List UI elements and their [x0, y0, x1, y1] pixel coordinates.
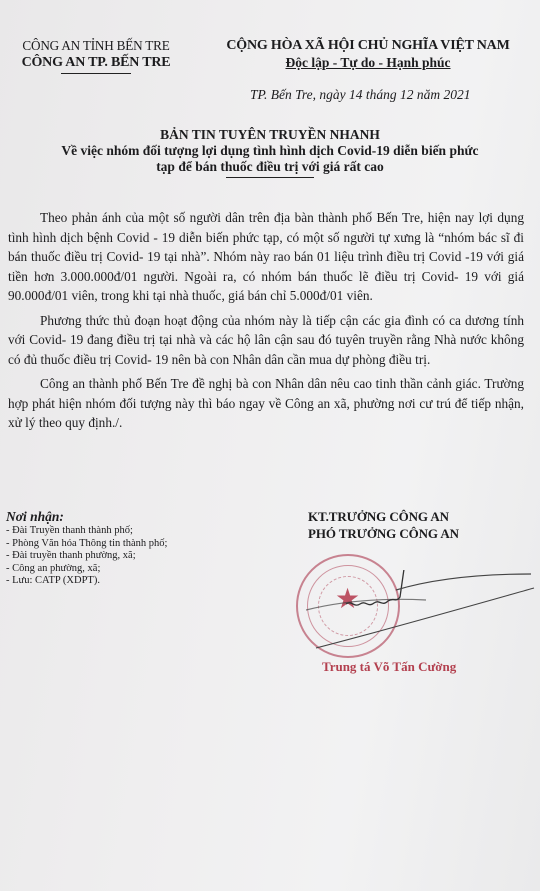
recipient-item: - Lưu: CATP (XDPT). — [6, 575, 276, 588]
recipient-item: - Đài Truyền thanh thành phố; — [6, 525, 276, 538]
title-underline — [226, 177, 314, 178]
signer-name: Trung tá Võ Tấn Cường — [322, 659, 456, 675]
body-paragraph: Phương thức thủ đoạn hoạt động của nhóm … — [8, 311, 524, 370]
nation-name: CỘNG HÒA XÃ HỘI CHỦ NGHĨA VIỆT NAM — [200, 38, 536, 54]
title-main: BẢN TIN TUYÊN TRUYỀN NHANH — [30, 127, 510, 143]
signature-on-behalf: KT.TRƯỞNG CÔNG AN — [290, 508, 540, 525]
issuing-agency-header: CÔNG AN TỈNH BẾN TRE CÔNG AN TP. BẾN TRE — [10, 38, 182, 74]
handwritten-signature — [306, 570, 536, 650]
agency-underline — [61, 73, 131, 74]
document-title: BẢN TIN TUYÊN TRUYỀN NHANH Về việc nhóm … — [30, 127, 510, 178]
agency-parent: CÔNG AN TỈNH BẾN TRE — [10, 38, 182, 54]
recipients-list: Nơi nhận: - Đài Truyền thanh thành phố; … — [6, 509, 276, 588]
date-line: TP. Bến Tre, ngày 14 tháng 12 năm 2021 — [250, 87, 536, 103]
national-header: CỘNG HÒA XÃ HỘI CHỦ NGHĨA VIỆT NAM Độc l… — [200, 38, 536, 71]
recipient-item: - Công an phường, xã; — [6, 563, 276, 576]
body-paragraph: Theo phản ánh của một số người dân trên … — [8, 208, 524, 306]
title-subtitle-line2: tạp để bán thuốc điều trị với giá rất ca… — [30, 159, 510, 175]
national-motto: Độc lập - Tự do - Hạnh phúc — [200, 54, 536, 71]
body-paragraph: Công an thành phố Bến Tre đề nghị bà con… — [8, 374, 524, 433]
title-subtitle-line1: Về việc nhóm đối tượng lợi dụng tình hìn… — [30, 143, 510, 159]
signature-block: KT.TRƯỞNG CÔNG AN PHÓ TRƯỞNG CÔNG AN — [290, 508, 540, 542]
recipient-item: - Đài truyền thanh phường, xã; — [6, 550, 276, 563]
recipients-heading: Nơi nhận: — [6, 509, 276, 525]
document-page: CÔNG AN TỈNH BẾN TRE CÔNG AN TP. BẾN TRE… — [0, 0, 540, 891]
agency-name: CÔNG AN TP. BẾN TRE — [10, 54, 182, 71]
recipient-item: - Phòng Văn hóa Thông tin thành phố; — [6, 538, 276, 551]
document-body: Theo phản ánh của một số người dân trên … — [8, 208, 524, 438]
signature-position: PHÓ TRƯỞNG CÔNG AN — [290, 525, 540, 542]
